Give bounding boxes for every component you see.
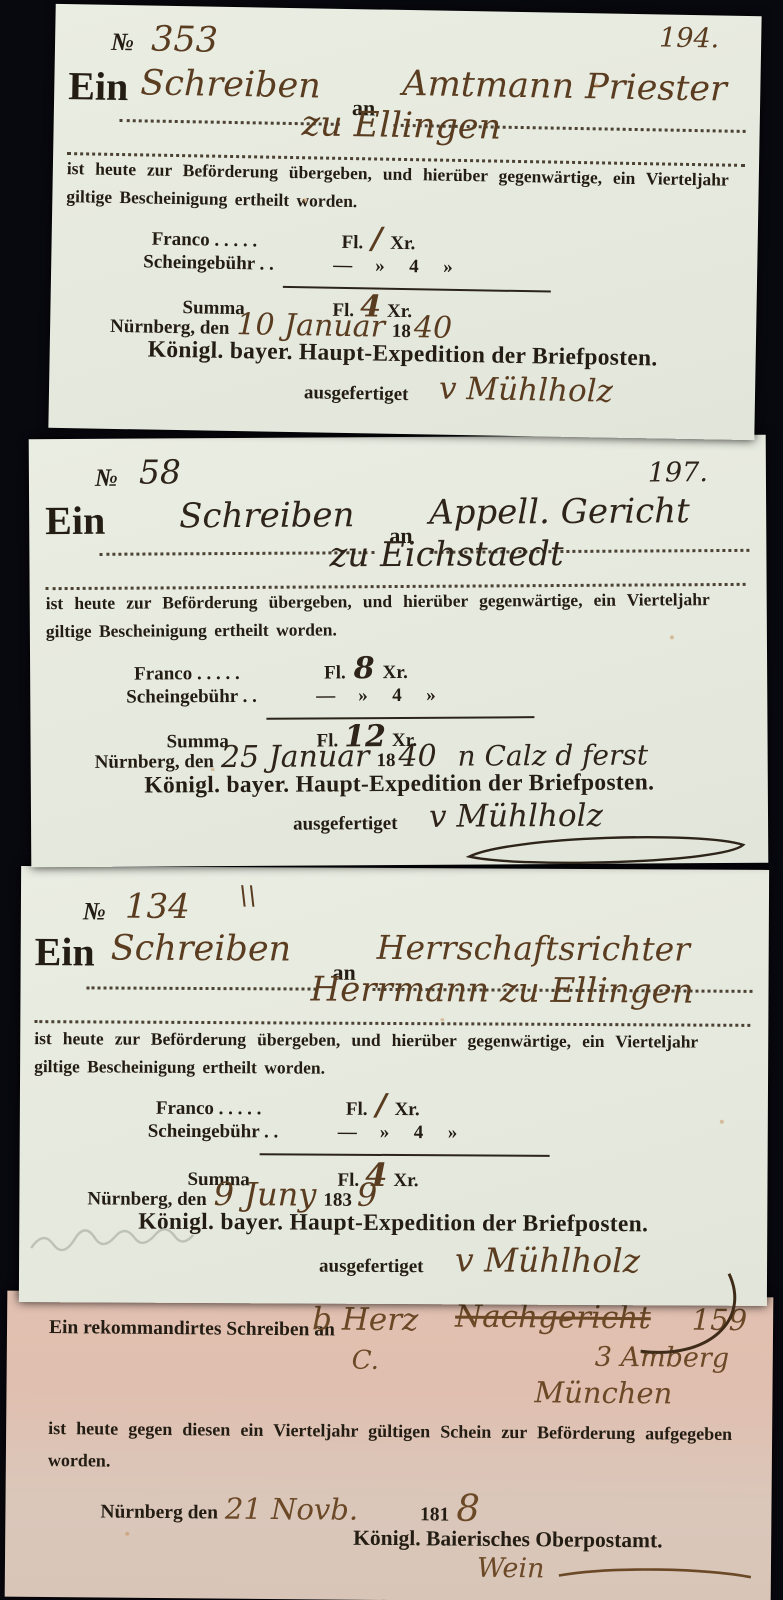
addressee-line2-handwritten: zu Eichstaedt <box>329 534 563 575</box>
addressee-name-handwritten: b Herz <box>312 1301 419 1338</box>
folio-number: 194. <box>659 22 720 54</box>
recommended-letter-intro: Ein rekommandirtes Schreiben an <box>49 1317 335 1341</box>
ditto-mark: » <box>375 255 409 278</box>
fl-label: Fl. <box>346 1099 368 1121</box>
year-handwritten: 8 <box>456 1487 480 1530</box>
franco-label: Franco . . . . . <box>134 662 324 685</box>
office-line: Königl. bayer. Haupt-Expedition der Brie… <box>50 335 756 374</box>
signature-descender-flourish <box>578 1267 759 1378</box>
fl-label: Fl. <box>324 662 346 684</box>
form-body-text: ist heute zur Beförderung übergeben, und… <box>66 154 729 222</box>
item-type-handwritten: Schreiben <box>111 929 292 970</box>
handwritten-initial: C. <box>352 1346 379 1376</box>
addressee-line2-handwritten: zu Ellingen <box>301 104 501 147</box>
ein-label: Ein <box>45 497 105 544</box>
franco-label: Franco . . . . . <box>151 229 341 254</box>
issued-label: ausgefertiget <box>304 382 409 406</box>
number-sign-label: № <box>83 898 106 926</box>
foxing-spot <box>670 635 674 639</box>
fl-label: Fl. <box>341 232 363 254</box>
foxing-spot <box>302 198 307 202</box>
addressee-handwritten: Appell. Gericht <box>429 491 690 533</box>
addressee-handwritten: Amtmann Priester <box>402 64 727 110</box>
foxing-spot <box>720 1120 724 1124</box>
addressee-line2-handwritten: Herrmann zu Ellingen <box>310 970 693 1012</box>
xr-label: Xr. <box>393 1170 418 1192</box>
pencil-note-scribble <box>27 1218 217 1261</box>
office-line: Königl. Baierisches Oberpostamt. <box>353 1526 663 1554</box>
signature-handwritten: v Mühlholz <box>429 798 603 835</box>
schein-label: Scheingebühr . . <box>148 1121 338 1144</box>
xr-label: Xr. <box>383 662 408 684</box>
schein-fee: 4 <box>409 256 443 279</box>
foxing-spot <box>211 768 215 771</box>
ditto-mark: » <box>426 685 436 707</box>
ditto-mark: » <box>380 1122 414 1144</box>
franco-row: Franco . . . . . Fl. ∕ Xr. <box>156 1087 420 1123</box>
schein-fee: 4 <box>414 1122 448 1144</box>
franco-row: Franco . . . . . Fl. ∕ Xr. <box>151 218 415 258</box>
date-handwritten: 21 Novb. <box>225 1492 358 1527</box>
item-type-handwritten: Schreiben <box>179 495 355 536</box>
signature-flourish <box>555 1563 755 1585</box>
ditto-mark: » <box>448 1122 458 1144</box>
issued-label: ausgefertiget <box>293 813 398 836</box>
postal-receipt-1840-no353: № 353 194. Ein Schreiben an Amtmann Prie… <box>48 4 761 440</box>
dash: — <box>338 1122 380 1144</box>
xr-label: Xr. <box>390 233 416 255</box>
place-label: Nürnberg den <box>100 1501 218 1524</box>
ein-label: Ein <box>68 62 129 110</box>
number-sign-label: № <box>111 29 134 57</box>
date-row: Nürnberg den 21 Novb. 181 8 <box>100 1483 480 1529</box>
receipt-number-handwritten: 353 <box>151 20 219 61</box>
signature-handwritten: Wein <box>477 1553 545 1585</box>
folio-number: 197. <box>648 457 708 488</box>
form-body-text: ist heute zur Beförderung übergeben, und… <box>46 585 710 645</box>
schein-label: Scheingebühr . . <box>143 251 333 276</box>
signature-handwritten: v Mühlholz <box>439 371 613 410</box>
dotted-line <box>87 984 317 990</box>
ink-tick-marks: \\ <box>239 881 257 911</box>
date-note-handwritten: n Calz d ferst <box>458 738 649 772</box>
franco-amount-handwritten: 8 <box>354 651 375 686</box>
postal-receipt-1839-no134: № 134 \\ Ein Schreiben an Herrschaftsric… <box>19 866 769 1306</box>
postal-receipt-1840-no58: № 58 197. Ein Schreiben an Appell. Geric… <box>29 435 769 867</box>
number-sign-label: № <box>95 465 118 493</box>
year-printed: 181 <box>420 1504 449 1526</box>
dash: — <box>316 685 358 707</box>
year-printed: 183 <box>323 1190 352 1212</box>
issued-label: ausgefertiget <box>319 1256 424 1279</box>
dash: — <box>333 255 375 278</box>
scheingebuehr-row: Scheingebühr . . — » 4 » <box>143 251 453 278</box>
franco-amount-handwritten: ∕ <box>371 221 383 256</box>
item-type-handwritten: Schreiben <box>140 63 321 106</box>
year-handwritten: 9 <box>357 1176 378 1214</box>
office-line: Königl. bayer. Haupt-Expedition der Brie… <box>31 769 768 801</box>
schein-label: Scheingebühr . . <box>126 686 316 709</box>
franco-label: Franco . . . . . <box>156 1098 346 1121</box>
ditto-mark: » <box>443 257 453 279</box>
year-printed: 18 <box>376 750 395 772</box>
scheingebuehr-row: Scheingebühr . . — » 4 » <box>126 685 436 709</box>
receipt-number-handwritten: 134 <box>125 887 190 927</box>
year-handwritten: 40 <box>398 739 436 774</box>
year-printed: 18 <box>392 321 411 343</box>
form-body-text: ist heute zur Beförderung übergeben, und… <box>34 1024 698 1083</box>
xr-label: Xr. <box>394 1099 419 1121</box>
addressee-handwritten: Herrschaftsrichter <box>377 928 690 969</box>
ditto-mark: » <box>358 685 392 707</box>
date-handwritten: 25 Januar <box>221 739 370 775</box>
foxing-spot <box>440 1018 444 1021</box>
scheingebuehr-row: Scheingebühr . . — » 4 » <box>148 1121 458 1145</box>
franco-row: Franco . . . . . Fl. 8 Xr. <box>134 651 408 688</box>
schein-fee: 4 <box>392 685 426 707</box>
ein-label: Ein <box>35 928 95 975</box>
place-label: Nürnberg, den <box>95 751 214 774</box>
date-handwritten: 9 Juny <box>214 1175 317 1214</box>
foxing-spot <box>594 83 598 87</box>
signature-flourish <box>461 833 751 869</box>
receipt-number-handwritten: 58 <box>139 452 181 491</box>
foxing-spot <box>125 1532 129 1536</box>
form-body-text: ist heute gegen diesen ein Vierteljahr g… <box>48 1413 733 1482</box>
franco-amount-handwritten: ∕ <box>375 1088 386 1123</box>
destination-line3-handwritten: München <box>534 1375 672 1410</box>
